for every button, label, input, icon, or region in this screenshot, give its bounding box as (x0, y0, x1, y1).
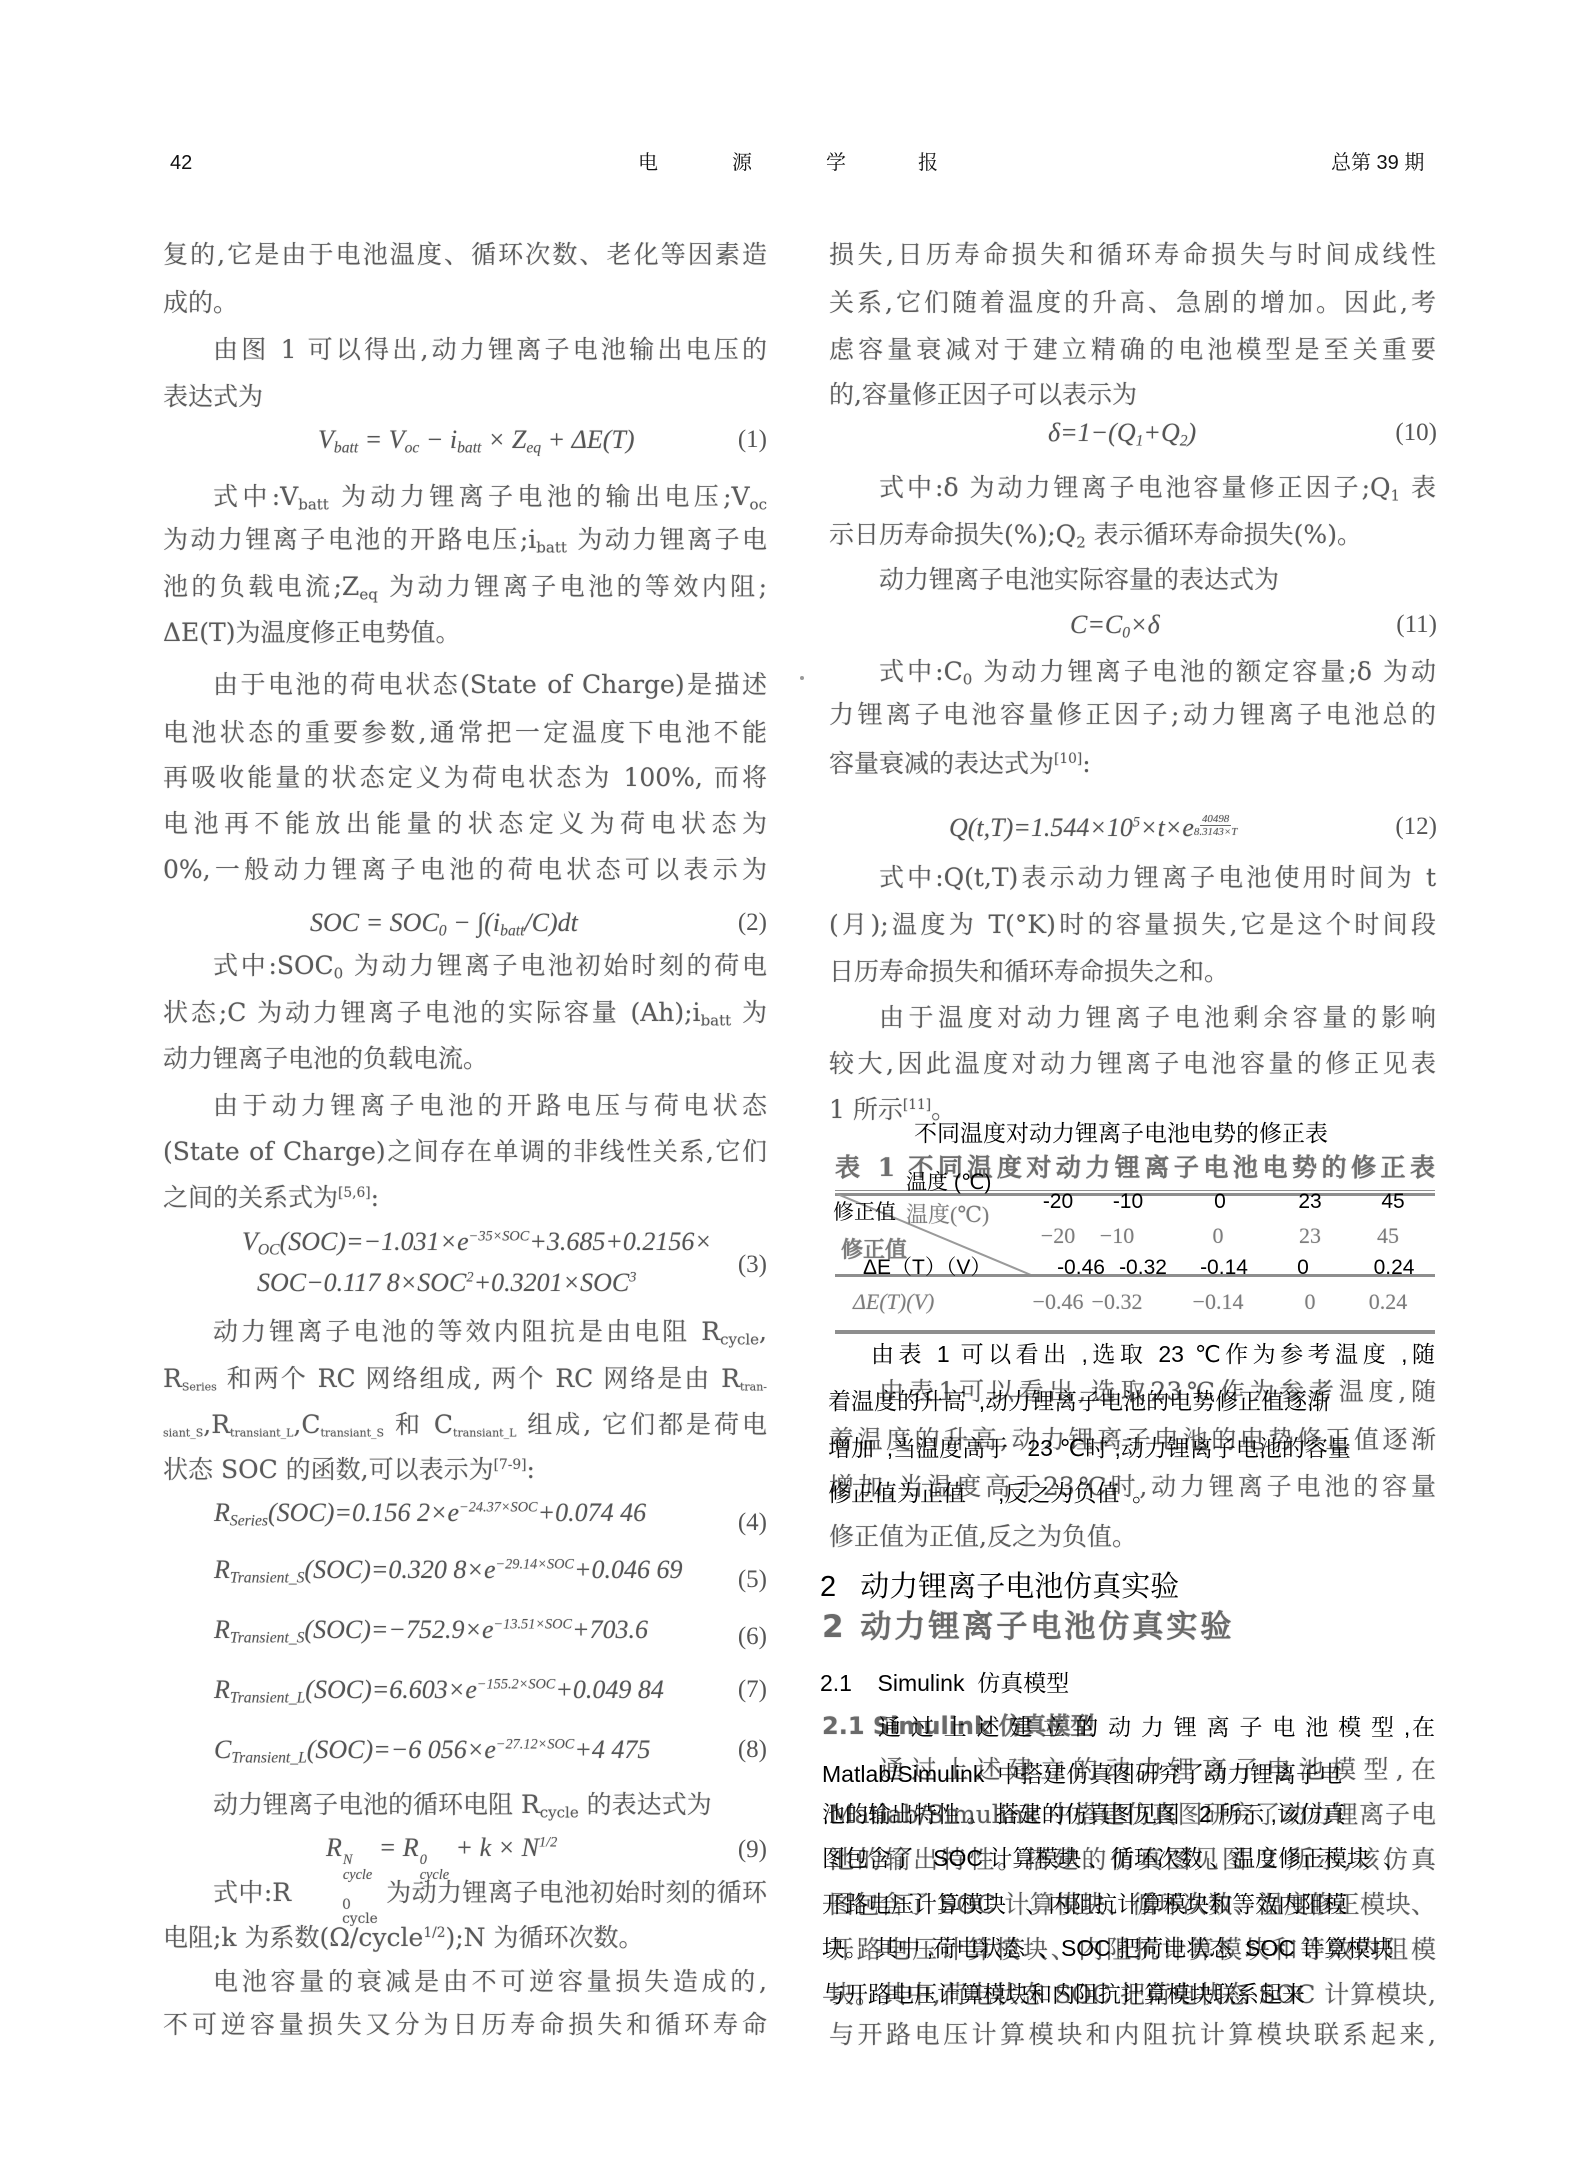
equation-number: (2) (707, 906, 767, 940)
equation-number: (8) (707, 1733, 767, 1767)
text-segment: 为动力锂离子电池初始时刻的循环 (378, 1878, 767, 1907)
body-line: 电池状态的重要参数,通常把一定温度下电池不能 (163, 716, 767, 750)
body-line: (State of Charge)之间存在单调的非线性关系,它们 (163, 1135, 767, 1169)
body-line: 由于温度对动力锂离子电池剩余容量的影响 (829, 1001, 1436, 1035)
overlay-line: Matlab/Simulink 中搭建仿真图研究了动力锂离子电 (822, 1760, 1342, 1788)
subscript: siant_S (163, 1426, 203, 1439)
overlay-line: 由表 1 可以看出 ,选取 23 ℃作为参考温度 ,随 (871, 1340, 1435, 1368)
eq-term: +0.3201×SOC (474, 1268, 630, 1297)
body-line: 日历寿命损失和循环寿命损失之和。 (829, 955, 1436, 989)
citation: [10] (1054, 751, 1082, 767)
table-value-cell: −0.14 (1178, 1288, 1258, 1316)
eq-subscript: oc (405, 440, 420, 457)
text-segment: 示日历寿命损失(%);Q (829, 520, 1076, 549)
eq-superscript: 0 (420, 1853, 449, 1868)
superscript: 0 (292, 1898, 378, 1912)
equation-11: C=C0×δ (1070, 607, 1160, 643)
text-segment: 为动力锂离子电 (567, 525, 767, 554)
body-line: 关系,它们随着温度的升高、急剧的增加。因此,考 (829, 286, 1436, 320)
subscript: transiant_L (230, 1426, 293, 1439)
body-line: 的,容量修正因子可以表示为 (829, 378, 1436, 412)
eq-superscript: N (343, 1853, 372, 1868)
eq-term: − i (419, 425, 457, 454)
text-segment: 的表达式为 (579, 1790, 712, 1819)
text-segment: 为动力锂离子电池的开路电压;i (163, 525, 536, 554)
equation-number: (9) (707, 1833, 767, 1867)
text-segment: 状态 SOC 的函数,可以表示为 (163, 1455, 494, 1484)
eq-subscript: Transient_L (231, 1750, 306, 1767)
body-line: 0%,一般动力锂离子电池的荷电状态可以表示为 (163, 853, 767, 887)
eq-term: +0.074 46 (538, 1498, 647, 1527)
table-value-cell: 0 (1270, 1288, 1350, 1316)
text-segment: 为动力锂离子电池初始时刻的荷电 (343, 951, 767, 980)
overlay-table-temperature: -20 (1018, 1189, 1098, 1215)
eq-term: = R (372, 1833, 418, 1862)
equation-2: SOC = SOC0 − ∫(ibatt/C)dt (310, 905, 578, 941)
table-row-label: ΔE(T)(V) (853, 1288, 934, 1316)
eq-term: R (214, 1615, 230, 1644)
subscript: 0 (334, 965, 344, 983)
equation-12: Q(t,T)=1.544×105×t×e404988.3143×T (949, 806, 1237, 850)
equation-number: (5) (707, 1563, 767, 1597)
body-line: 由于电池的荷电状态(State of Charge)是描述 (163, 668, 767, 702)
table-temperature-cell: 23 (1270, 1222, 1350, 1250)
body-line: 动力锂离子电池实际容量的表达式为 (829, 563, 1436, 597)
body-line: 与开路电压计算模块和内阻抗计算模块联系起来, (829, 2018, 1436, 2052)
equation-7: RTransient_L(SOC)=6.603×e−155.2×SOC+0.04… (214, 1672, 664, 1708)
overlay-table-temperature: 45 (1353, 1189, 1433, 1215)
eq-exponent: −35×SOC (469, 1229, 530, 1245)
journal-page: 42 电 源 学 报 总第 39 期 复的,它是由于电池温度、循环次数、老化等因… (0, 0, 1582, 2165)
eq-subscript: OC (258, 1242, 280, 1259)
equation-10: δ=1−(Q1+Q2) (1048, 415, 1196, 451)
body-line: 状态 SOC 的函数,可以表示为[7-9]: (163, 1453, 767, 1487)
journal-title-char: 报 (918, 150, 938, 176)
overlay-table-corner-label: 修正值 (833, 1200, 896, 1226)
text-segment: 式中:δ 为动力锂离子电池容量修正因子;Q (879, 473, 1391, 502)
eq-term: (SOC)=0.320 8×e (304, 1555, 495, 1584)
eq-term: Q(t,T)=1.544×10 (949, 813, 1133, 842)
text-segment: 式中:C (879, 657, 963, 686)
text-segment: 之间的关系式为 (163, 1183, 338, 1212)
table-value-cell: 0.24 (1348, 1288, 1428, 1316)
equation-6: RTransient_S(SOC)=−752.9×e−13.51×SOC+703… (214, 1612, 648, 1648)
body-line: 由图 1 可以得出,动力锂离子电池输出电压的 (163, 333, 767, 367)
equation-number: (7) (707, 1673, 767, 1707)
body-line: 成的。 (163, 286, 767, 320)
overlay-table-caption: 不同温度对动力锂离子电池电势的修正表 (914, 1119, 1328, 1147)
text-segment: 电阻;k 为系数(Ω/cycle (163, 1923, 423, 1952)
citation: [5,6] (338, 1185, 371, 1201)
text-segment: 式中:V (213, 482, 298, 511)
journal-title-char: 源 (732, 150, 752, 176)
eq-term: +0.049 84 (555, 1675, 664, 1704)
body-line: (月);温度为 T(°K)时的容量损失,它是这个时间段 (829, 908, 1436, 942)
body-line: ΔE(T)为温度修正电势值。 (163, 616, 767, 650)
eq-exponent: −27.12×SOC (496, 1737, 574, 1753)
eq-term: R (326, 1833, 342, 1862)
body-line: 式中:Vbatt 为动力锂离子电池的输出电压;Voc (163, 480, 767, 514)
eq-term: (SOC)=−1.031×e (280, 1227, 469, 1256)
overlay-line: 开路电压计算模块 、内阻抗计算模块和等效内阻模 (822, 1890, 1347, 1918)
text-segment: 池的负载电流;Z (163, 572, 359, 601)
eq-term: + k × N (449, 1833, 539, 1862)
text-segment: : (526, 1455, 534, 1484)
subscript: cycle (720, 1331, 759, 1349)
eq-subscript: Transient_S (230, 1630, 305, 1647)
body-line: 式中:Q(t,T)表示动力锂离子电池使用时间为 t (829, 861, 1436, 895)
eq-exponent: 2 (466, 1270, 473, 1286)
citation: [11] (903, 1097, 931, 1113)
body-line: 电池再不能放出能量的状态定义为荷电状态为 (163, 807, 767, 841)
scan-speck (800, 676, 804, 680)
text-segment: R (163, 1364, 182, 1393)
eq-exponent: −29.14×SOC (496, 1557, 574, 1573)
journal-title-char: 学 (826, 150, 846, 176)
equation-number: (10) (1377, 416, 1437, 450)
eq-term: ×δ (1130, 610, 1160, 639)
overlay-table-value: 0 (1263, 1255, 1343, 1281)
eq-exponent: 3 (629, 1270, 636, 1286)
eq-term: R (214, 1675, 230, 1704)
subscript: transiant_L (453, 1426, 516, 1439)
eq-term: /C)dt (524, 908, 577, 937)
issue-label: 总第 39 期 (1331, 150, 1424, 176)
eq-exponent: −155.2×SOC (477, 1677, 555, 1693)
equation-4: RSeries(SOC)=0.156 2×e−24.37×SOC+0.074 4… (214, 1495, 646, 1531)
subscript: transiant_S (320, 1426, 384, 1439)
equation-8: CTransient_L(SOC)=−6 056×e−27.12×SOC+4 4… (214, 1732, 650, 1768)
citation: [7-9] (494, 1457, 527, 1473)
body-line: 电池容量的衰减是由不可逆容量损失造成的, (163, 1965, 767, 1999)
eq-subscript: 2 (1180, 433, 1188, 450)
eq-term: ×t×e (1140, 813, 1194, 842)
text-segment: 和 C (384, 1410, 453, 1439)
table-temperature-cell: −10 (1077, 1222, 1157, 1250)
body-line: 较大,因此温度对动力锂离子电池容量的修正见表 (829, 1047, 1436, 1081)
subscript: tran- (740, 1380, 767, 1393)
body-line: 式中:SOC0 为动力锂离子电池初始时刻的荷电 (163, 949, 767, 983)
eq-term: C=C (1070, 610, 1122, 639)
overlay-line: 着温度的升高 ,动力锂离子电池的电势修正值逐渐 (828, 1387, 1330, 1415)
equation-number: (6) (707, 1620, 767, 1654)
overlay-line: 通 过 上 述 建 立 的 动 力 锂 离 子 电 池 模 型 ,在 (878, 1713, 1435, 1741)
table-value-cell: −0.32 (1077, 1288, 1157, 1316)
body-line: 由于动力锂离子电池的开路电压与荷电状态 (163, 1089, 767, 1123)
table-temperature-cell: 45 (1348, 1222, 1428, 1250)
overlay-table-value: -0.14 (1184, 1255, 1264, 1281)
equation-3-line-2: SOC−0.117 8×SOC2+0.3201×SOC3 (257, 1265, 636, 1301)
body-line: 损失,日历寿命损失和循环寿命损失与时间成线性 (829, 238, 1436, 272)
eq-subscript: batt (334, 440, 358, 457)
equation-number: (4) (707, 1506, 767, 1540)
eq-term: (SOC)=−752.9×e (304, 1615, 493, 1644)
eq-subscript: batt (500, 923, 524, 940)
equation-number: (11) (1377, 608, 1437, 642)
text-segment: 式中:R (213, 1878, 291, 1907)
overlay-line: 与开路电压计算模块和内阻抗计算模块联系起来 (822, 1980, 1305, 2008)
body-line: siant_S,Rtransiant_L,Ctransiant_S 和 Ctra… (163, 1408, 767, 1442)
section-heading: 2 动力锂离子电池仿真实验 (822, 1607, 1234, 1647)
body-line: 动力锂离子电池的负载电流。 (163, 1042, 767, 1076)
equation-number: (12) (1377, 810, 1437, 844)
eq-term: ) (1188, 418, 1197, 447)
body-line: 容量衰减的表达式为[10]: (829, 747, 1436, 781)
eq-subscript: 0 (439, 923, 447, 940)
text-segment: 动力锂离子电池的等效内阻抗是由电阻 R (213, 1317, 720, 1346)
body-line: 之间的关系式为[5,6]: (163, 1181, 767, 1215)
overlay-line: 修正值为正值 ,反之为负值 。 (828, 1479, 1155, 1507)
eq-exponent: −24.37×SOC (459, 1500, 537, 1516)
text-segment: 表示循环寿命损失(%)。 (1086, 520, 1362, 549)
overlay-line: 块。 其中 ,荷电状态 、SOC 把荷电状态 SOC 计算模块 (822, 1934, 1393, 1962)
subscript: Series (182, 1380, 217, 1393)
eq-term: +Q (1143, 418, 1179, 447)
equation-3-line-1: VOC(SOC)=−1.031×e−35×SOC+3.685+0.2156× (242, 1224, 712, 1260)
text-segment: );N 为循环次数。 (445, 1923, 643, 1952)
table-header-label: 温度(℃) (906, 1201, 989, 1229)
body-line: 状态;C 为动力锂离子电池的实际容量 (Ah);ibatt 为 (163, 996, 767, 1030)
body-line: 不可逆容量损失又分为日历寿命损失和循环寿命 (163, 2008, 767, 2042)
text-segment: 为动力锂离子电池的输出电压;V (329, 482, 750, 511)
text-segment: 动力锂离子电池的循环电阻 R (213, 1790, 540, 1819)
eq-term: (SOC)=−6 056×e (307, 1735, 496, 1764)
eq-term: = V (358, 425, 404, 454)
overlay-table-row-label: ΔE（T）（V） (863, 1255, 991, 1281)
eq-term: +3.685+0.2156× (529, 1227, 712, 1256)
eq-term: R (214, 1498, 230, 1527)
eq-subscript: 0 (1122, 625, 1130, 642)
eq-fraction-exponent: 404988.3143×T (1194, 813, 1237, 838)
text-segment: ,R (203, 1410, 230, 1439)
equation-number: (3) (707, 1248, 767, 1282)
overlay-subsection-heading: 2.1 Simulink 仿真模型 (820, 1669, 1069, 1697)
overlay-section-heading: 2 动力锂离子电池仿真实验 (820, 1570, 1179, 1604)
body-line: 虑容量衰减对于建立精确的电池模型是至关重要 (829, 333, 1436, 367)
text-segment: 容量衰减的表达式为 (829, 749, 1054, 778)
eq-exponent: −13.51×SOC (494, 1617, 572, 1633)
eq-term: δ=1−(Q (1048, 418, 1136, 447)
text-segment: 为动力锂离子电池的额定容量;δ 为动 (972, 657, 1436, 686)
body-line: 式中:δ 为动力锂离子电池容量修正因子;Q1 表 (829, 471, 1436, 505)
eq-term: − ∫(i (447, 908, 501, 937)
body-line: 式中:R0cycle 为动力锂离子电池初始时刻的循环 (163, 1876, 767, 1910)
overlay-line: 增加 ,当温度高于 23 ℃时 ,动力锂离子电池的容量 (828, 1434, 1351, 1462)
text-segment: ,C (293, 1410, 320, 1439)
subscript: oc (750, 496, 767, 514)
body-line: 池的负载电流;Zeq 为动力锂离子电池的等效内阻; (163, 570, 767, 604)
body-line: 再吸收能量的状态定义为荷电状态为 100%, 而将 (163, 761, 767, 795)
text-segment: : (1082, 749, 1090, 778)
text-segment: 式中:SOC (213, 951, 334, 980)
text-segment: 和两个 RC 网络组成, 两个 RC 网络是由 R (217, 1364, 740, 1393)
fraction-denominator: 8.3143×T (1194, 826, 1237, 838)
table-bottom-rule (835, 1330, 1435, 1334)
subscript: batt (536, 539, 567, 557)
subscript: 2 (1076, 534, 1086, 552)
overlay-line: 池的输出特性 。 搭建的仿真图见图 2 所示 ,该仿真 (822, 1800, 1346, 1828)
eq-term: + ΔE(T) (541, 425, 634, 454)
body-line: 动力锂离子电池的循环电阻 Rcycle 的表达式为 (163, 1788, 767, 1822)
subscript: 1 (1391, 487, 1401, 505)
text-segment: : (371, 1183, 379, 1212)
body-line: RSeries 和两个 RC 网络组成, 两个 RC 网络是由 Rtran- (163, 1362, 767, 1396)
journal-title-char: 电 (638, 150, 658, 176)
eq-term: SOC−0.117 8×SOC (257, 1268, 466, 1297)
overlay-table-temperature: 0 (1180, 1189, 1260, 1215)
subscript: cycle (540, 1804, 579, 1822)
overlay-table-temperature: -10 (1088, 1189, 1168, 1215)
body-line: 电阻;k 为系数(Ω/cycle1/2);N 为循环次数。 (163, 1921, 767, 1955)
eq-subscript: Transient_S (230, 1570, 305, 1587)
equation-9: RNcycle = R0cycle + k × N1/2 (326, 1830, 557, 1866)
equation-1: Vbatt = Voc − ibatt × Zeq + ΔE(T) (318, 422, 635, 458)
body-line: 表达式为 (163, 380, 767, 414)
text-segment: 为动力锂离子电池的等效内阻; (378, 572, 767, 601)
overlay-table-value: -0.32 (1103, 1255, 1183, 1281)
eq-term: V (318, 425, 334, 454)
subscript: 0 (963, 671, 973, 689)
body-line: 力锂离子电池容量修正因子;动力锂离子电池总的 (829, 698, 1436, 732)
eq-term: +0.046 69 (574, 1555, 683, 1584)
superscript: 1/2 (423, 1925, 445, 1941)
eq-subscript: Transient_L (230, 1690, 305, 1707)
equation-number: (1) (707, 423, 767, 457)
subscript: eq (359, 586, 377, 604)
body-line: 示日历寿命损失(%);Q2 表示循环寿命损失(%)。 (829, 518, 1436, 552)
text-segment: 1 所示 (829, 1095, 903, 1124)
body-line: 为动力锂离子电池的开路电压;ibatt 为动力锂离子电 (163, 523, 767, 557)
text-segment: 为 (731, 998, 767, 1027)
eq-exponent: 1/2 (539, 1835, 557, 1851)
eq-term: +4 475 (574, 1735, 650, 1764)
eq-subscript: batt (457, 440, 481, 457)
body-line: 式中:C0 为动力锂离子电池的额定容量;δ 为动 (829, 655, 1436, 689)
eq-subscript: Series (230, 1513, 268, 1530)
subscript: batt (701, 1012, 732, 1030)
overlay-line: 图包含了 SOC 计算模块 、循环次数 、温度修正模块 、 (822, 1844, 1406, 1872)
subscript: batt (298, 496, 329, 514)
table-temperature-cell: 0 (1178, 1222, 1258, 1250)
overlay-table-value: 0.24 (1354, 1255, 1434, 1281)
eq-term: × Z (481, 425, 526, 454)
text-segment: , (759, 1317, 767, 1346)
eq-term: (SOC)=6.603×e (305, 1675, 477, 1704)
text-segment: 表 (1400, 473, 1436, 502)
body-line: 修正值为正值,反之为负值。 (829, 1520, 1436, 1554)
eq-term: SOC = SOC (310, 908, 439, 937)
body-line: 动力锂离子电池的等效内阻抗是由电阻 Rcycle, (163, 1315, 767, 1349)
equation-5: RTransient_S(SOC)=0.320 8×e−29.14×SOC+0.… (214, 1552, 683, 1588)
eq-term: (SOC)=0.156 2×e (268, 1498, 459, 1527)
eq-term: R (214, 1555, 230, 1584)
page-number: 42 (170, 150, 192, 176)
overlay-table-header-label: 温度 (℃) (906, 1170, 991, 1196)
eq-subscript: eq (526, 440, 541, 457)
overlay-table-temperature: 23 (1270, 1189, 1350, 1215)
eq-exponent: 5 (1133, 815, 1140, 831)
eq-term: V (242, 1227, 258, 1256)
text-segment: 组成, 它们都是荷电 (516, 1410, 767, 1439)
eq-term: +703.6 (572, 1615, 648, 1644)
fraction-numerator: 40498 (1200, 813, 1231, 826)
body-line: 复的,它是由于电池温度、循环次数、老化等因素造 (163, 238, 767, 272)
text-segment: 状态;C 为动力锂离子电池的实际容量 (Ah);i (163, 998, 701, 1027)
eq-term: C (214, 1735, 231, 1764)
